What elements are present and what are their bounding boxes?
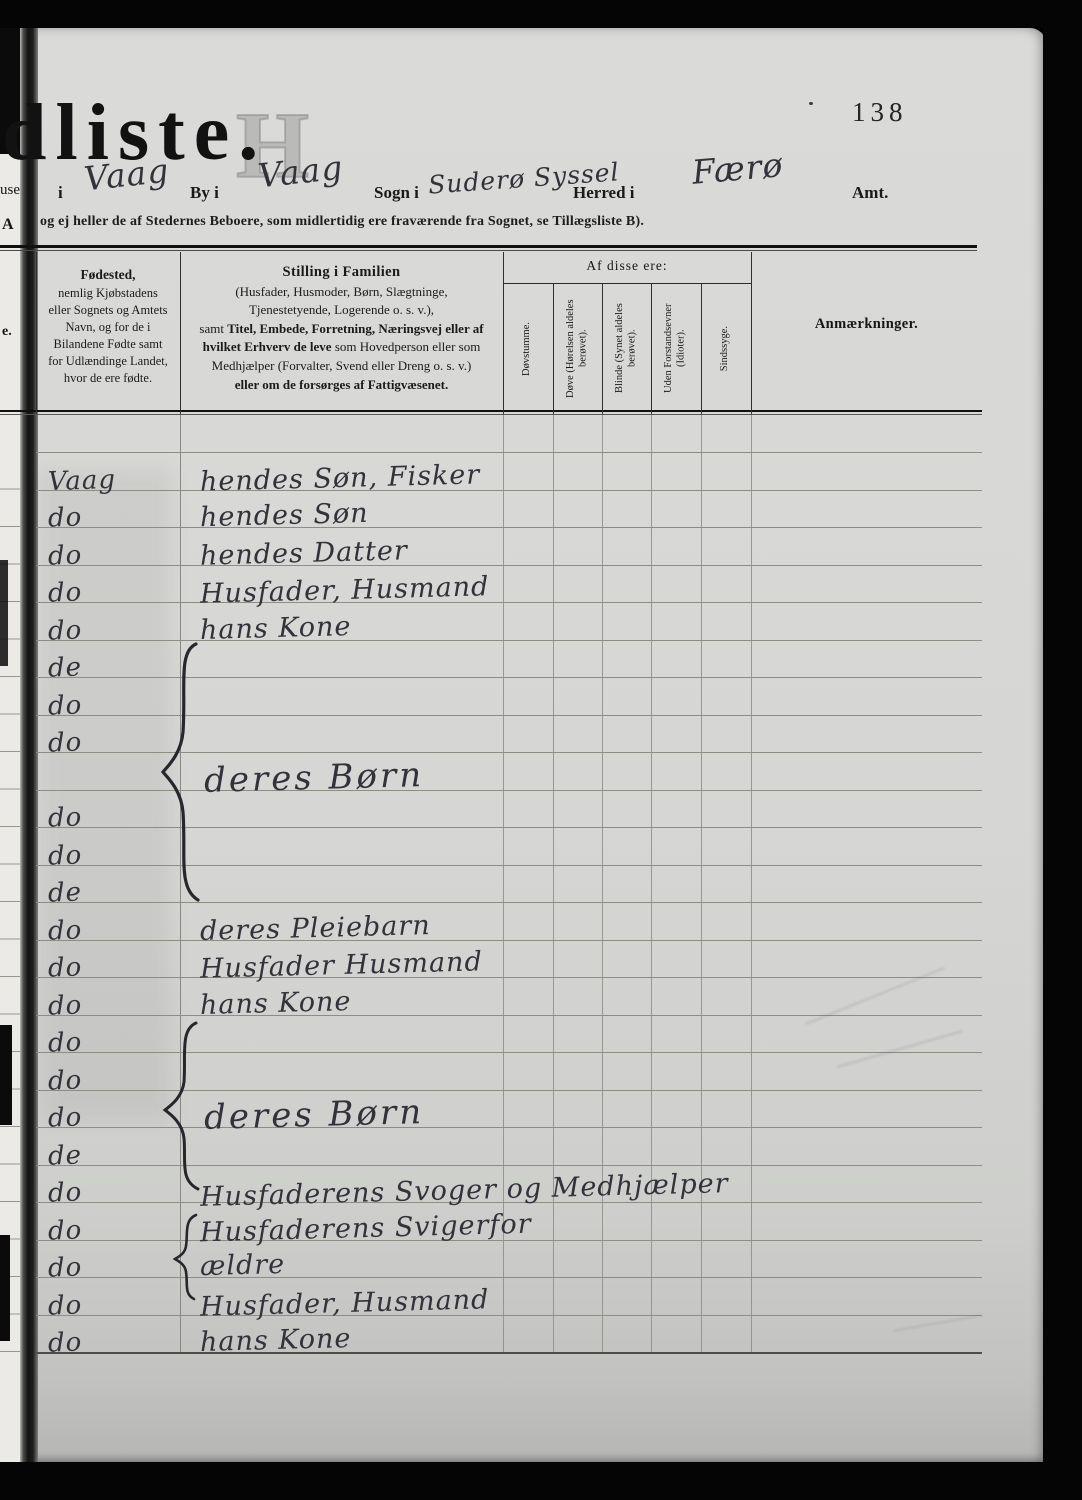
- page-number: 138: [852, 97, 908, 128]
- column-group-header-af-disse-ere: Af disse ere:: [503, 258, 751, 274]
- column-header-dovstumme: Døvstumme.: [503, 284, 552, 413]
- header-divider: [36, 252, 37, 414]
- label-sogn-i: Sogn i: [374, 183, 419, 203]
- handwritten-place-amt: Færø: [691, 148, 785, 189]
- column-header-sindssyge: Sindssyge.: [701, 284, 750, 413]
- family-position-cell: hans Kone: [200, 1323, 352, 1358]
- header-divider: [180, 252, 181, 414]
- page-title: dliste.: [2, 88, 267, 179]
- double-rule-top-thick: [0, 245, 977, 248]
- label-by-i: By i: [190, 183, 219, 203]
- handwritten-place-sogn: Vaag: [257, 151, 345, 193]
- cut-text-fragment: use: [0, 182, 20, 199]
- table-row: dohans Kone: [36, 603, 982, 641]
- exclusion-note: og ej heller de af Stedernes Beboere, so…: [40, 214, 644, 230]
- table-row: doHusfader, Husmand: [36, 566, 982, 604]
- table-row: dohans Kone: [36, 1316, 982, 1355]
- scan-border-right: [1043, 0, 1082, 1500]
- double-rule-top-thin: [0, 250, 977, 251]
- column-header-blinde: Blinde (Synet aldeles berøvet).: [602, 284, 651, 413]
- brace-svigerforaeldre: [170, 1212, 202, 1302]
- brace-deres-boern-group2: [158, 1020, 204, 1192]
- header-bottom-rule-thick: [0, 410, 982, 412]
- table-row: doderes Pleiebarn: [36, 903, 982, 941]
- column-header-uden-forstandsevner: Uden Forstandsevner (Idioter).: [651, 284, 700, 413]
- table-row: dohendes Søn: [36, 491, 982, 529]
- header-divider: [751, 252, 752, 414]
- label-amt: Amt.: [852, 183, 888, 203]
- scan-border-bottom: [0, 1462, 1082, 1500]
- column-header-stilling: Stilling i Familien (Husfader, Husmoder,…: [182, 263, 501, 394]
- scanned-census-page: { "page": { "number": "138", "title_frag…: [0, 0, 1082, 1500]
- birthplace-cell: do: [47, 1327, 82, 1358]
- cut-text-fragment-a: A: [2, 216, 14, 234]
- scan-shadow-patch: [0, 560, 8, 666]
- column-header-anmaerkninger: Anmærkninger.: [751, 316, 982, 333]
- label-i: i: [58, 183, 63, 203]
- table-row: doHusfader Husmand: [36, 941, 982, 979]
- scan-shadow-patch: [0, 1235, 10, 1341]
- brace-deres-boern-group1: [156, 640, 204, 904]
- label-herred-i: Herred i: [573, 183, 635, 203]
- left-page-sliver: use A e.: [0, 28, 20, 1464]
- table-row: Vaaghendes Søn, Fisker: [36, 453, 982, 491]
- cut-text-fragment-e: e.: [2, 324, 12, 340]
- ink-speck: [809, 102, 813, 105]
- table-row: dohendes Datter: [36, 528, 982, 566]
- column-header-fodested: Fødested, nemlig Kjøbstadens eller Sogne…: [38, 266, 178, 387]
- column-header-dove: Døve (Hørelsen aldeles berøvet).: [553, 284, 602, 413]
- scan-shadow-patch: [0, 1025, 12, 1125]
- empty-first-strip: [36, 415, 982, 453]
- scan-border-top: [0, 0, 1082, 28]
